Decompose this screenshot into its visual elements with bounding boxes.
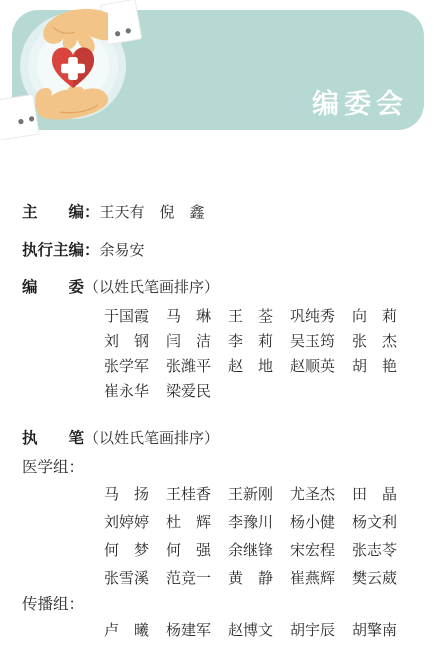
media-group-line: 传播组：	[0, 592, 434, 616]
member-name: 巩纯秀	[290, 304, 352, 329]
member-name: 胡 艳	[352, 354, 414, 379]
name-row: 何 梦何 强余继锋宋宏程张志苓	[0, 536, 434, 564]
executive-editor-colon: ：	[84, 240, 100, 259]
member-name: 闫 洁	[166, 329, 228, 354]
member-name: 崔燕辉	[290, 564, 352, 592]
medical-group-line: 医学组：	[0, 455, 434, 479]
member-name: 马 扬	[104, 480, 166, 508]
media-name-list: 卢 曦杨建军赵博文胡宇辰胡擎南	[0, 616, 434, 644]
committee-sort-note: （以姓氏笔画排序）	[84, 278, 219, 296]
name-row: 于国霞马 琳王 荃巩纯秀向 莉	[0, 304, 434, 329]
name-row: 崔永华梁爱民	[0, 379, 434, 404]
committee-label: 编 委	[22, 277, 84, 296]
committee-name-list: 于国霞马 琳王 荃巩纯秀向 莉 刘 钢闫 洁李 莉吴玉筠张 杰 张学军张潍平赵 …	[0, 304, 434, 404]
member-name: 赵顺英	[290, 354, 352, 379]
page: 编委会 主 编：王天有 倪 鑫 执行主编：余易安 编 委（以姓氏笔画排序） 于国…	[0, 0, 434, 647]
member-name: 杨小健	[290, 508, 352, 536]
media-group-label: 传播组	[22, 595, 69, 613]
member-name: 赵博文	[228, 616, 290, 644]
member-name: 卢 曦	[104, 616, 166, 644]
member-name: 何 强	[166, 536, 228, 564]
medical-name-list: 马 扬王桂香王新刚尤圣杰田 晶 刘婷婷杜 辉李豫川杨小健杨文利 何 梦何 强余继…	[0, 480, 434, 592]
bottom-sleeve	[0, 94, 39, 140]
executive-editor-names: 余易安	[100, 241, 145, 259]
member-name: 王新刚	[228, 480, 290, 508]
member-name: 范竞一	[166, 564, 228, 592]
media-group-colon: ：	[69, 595, 85, 613]
chief-editor-line: 主 编：王天有 倪 鑫	[0, 200, 434, 224]
member-name: 胡宇辰	[290, 616, 352, 644]
member-name: 张学军	[104, 354, 166, 379]
member-name: 李豫川	[228, 508, 290, 536]
member-name: 尤圣杰	[290, 480, 352, 508]
member-name: 张志苓	[352, 536, 414, 564]
cross-icon-horizontal	[61, 64, 85, 74]
member-name: 何 梦	[104, 536, 166, 564]
member-name: 胡擎南	[352, 616, 414, 644]
heart-hands-logo	[0, 0, 150, 140]
member-name: 崔永华	[104, 379, 166, 404]
executive-editor-line: 执行主编：余易安	[0, 238, 434, 262]
member-name: 张 杰	[352, 329, 414, 354]
name-row: 刘婷婷杜 辉李豫川杨小健杨文利	[0, 508, 434, 536]
writers-line: 执 笔（以姓氏笔画排序）	[0, 426, 434, 450]
member-name: 田 晶	[352, 480, 414, 508]
member-name: 余继锋	[228, 536, 290, 564]
editorial-board: 主 编：王天有 倪 鑫 执行主编：余易安 编 委（以姓氏笔画排序） 于国霞马 琳…	[0, 200, 434, 644]
name-row: 张雪溪范竞一黄 静崔燕辉樊云葳	[0, 564, 434, 592]
member-name: 王桂香	[166, 480, 228, 508]
member-name: 张潍平	[166, 354, 228, 379]
medical-group-colon: ：	[69, 458, 85, 476]
page-title: 编委会	[312, 82, 408, 121]
member-name: 赵 地	[228, 354, 290, 379]
member-name: 于国霞	[104, 304, 166, 329]
name-row: 刘 钢闫 洁李 莉吴玉筠张 杰	[0, 329, 434, 354]
name-row: 马 扬王桂香王新刚尤圣杰田 晶	[0, 480, 434, 508]
member-name: 梁爱民	[166, 379, 228, 404]
name-row: 张学军张潍平赵 地赵顺英胡 艳	[0, 354, 434, 379]
medical-group-label: 医学组	[22, 458, 69, 476]
member-name: 向 莉	[352, 304, 414, 329]
member-name: 宋宏程	[290, 536, 352, 564]
executive-editor-label: 执行主编	[22, 240, 84, 259]
member-name: 樊云葳	[352, 564, 414, 592]
writers-label: 执 笔	[22, 428, 84, 447]
member-name: 吴玉筠	[290, 329, 352, 354]
name-row: 卢 曦杨建军赵博文胡宇辰胡擎南	[0, 616, 434, 644]
member-name: 杜 辉	[166, 508, 228, 536]
chief-editor-colon: ：	[84, 202, 100, 221]
member-name: 马 琳	[166, 304, 228, 329]
header-banner: 编委会	[0, 0, 434, 132]
member-name: 王 荃	[228, 304, 290, 329]
member-name: 张雪溪	[104, 564, 166, 592]
member-name: 杨建军	[166, 616, 228, 644]
member-name: 刘 钢	[104, 329, 166, 354]
member-name: 杨文利	[352, 508, 414, 536]
writers-sort-note: （以姓氏笔画排序）	[84, 429, 219, 447]
member-name: 黄 静	[228, 564, 290, 592]
chief-editor-label: 主 编	[22, 202, 84, 221]
chief-editor-names: 王天有 倪 鑫	[100, 203, 205, 221]
member-name: 李 莉	[228, 329, 290, 354]
member-name: 刘婷婷	[104, 508, 166, 536]
committee-line: 编 委（以姓氏笔画排序）	[0, 275, 434, 299]
